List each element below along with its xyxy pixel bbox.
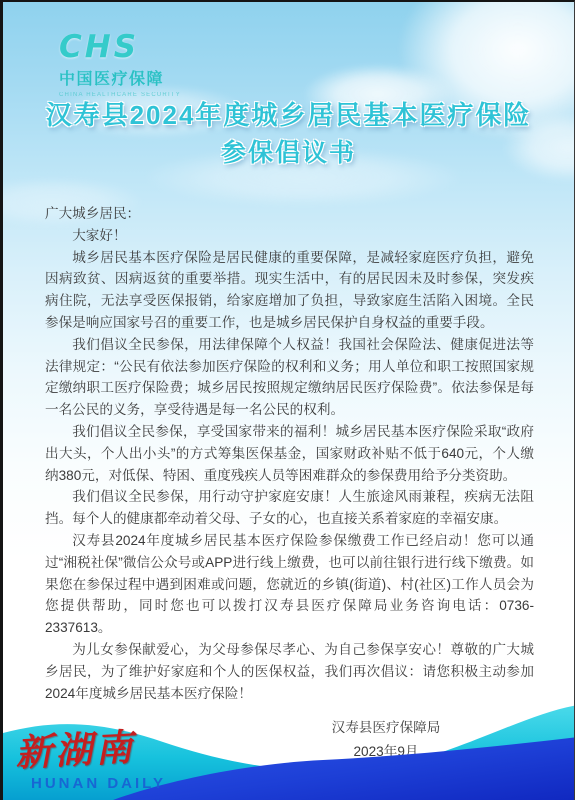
paragraph-5: 汉寿县2024年度城乡居民基本医疗保险参保缴费工作已经启动！您可以通过“湘税社保… (45, 530, 534, 639)
paragraph-6: 为儿女参保献爱心，为父母参保尽孝心、为自己参保享安心！尊敬的广大城乡居民，为了维… (45, 639, 534, 704)
hunan-daily-logo-en: HUNAN DAILY (31, 775, 166, 792)
chs-logo: CHS 中国医疗保障 CHINA HEALTHCARE SECURITY (59, 32, 181, 98)
paragraph-3: 我们倡议全民参保，享受国家带来的福利！城乡居民基本医疗保险采取“政府出大头，个人… (45, 421, 534, 486)
paragraph-1: 城乡居民基本医疗保险是居民健康的重要保障，是减轻家庭医疗负担，避免因病致贫、因病… (45, 247, 534, 334)
hunan-daily-logo-cn: 新湖南 (14, 715, 168, 777)
greeting: 大家好！ (45, 225, 534, 247)
chs-logo-mark: CHS (59, 32, 181, 62)
paragraph-2: 我们倡议全民参保，用法律保障个人权益！我国社会保险法、健康促进法等法律规定：“公… (45, 334, 534, 421)
document-title: 汉寿县2024年度城乡居民基本医疗保险 参保倡议书 (3, 96, 574, 172)
letter-body: 广大城乡居民： 大家好！ 城乡居民基本医疗保险是居民健康的重要保障，是减轻家庭医… (45, 203, 534, 764)
document-title-line2: 参保倡议书 (3, 134, 574, 172)
poster-page: CHS 中国医疗保障 CHINA HEALTHCARE SECURITY 汉寿县… (0, 0, 575, 800)
document-title-line1: 汉寿县2024年度城乡居民基本医疗保险 (3, 96, 574, 134)
chs-logo-name-cn: 中国医疗保障 (59, 66, 181, 89)
salutation: 广大城乡居民： (45, 203, 534, 225)
hunan-daily-logo: 新湖南 HUNAN DAILY (15, 719, 166, 792)
paragraph-4: 我们倡议全民参保，用行动守护家庭安康！人生旅途风雨兼程，疾病无法阻挡。每个人的健… (45, 486, 534, 530)
